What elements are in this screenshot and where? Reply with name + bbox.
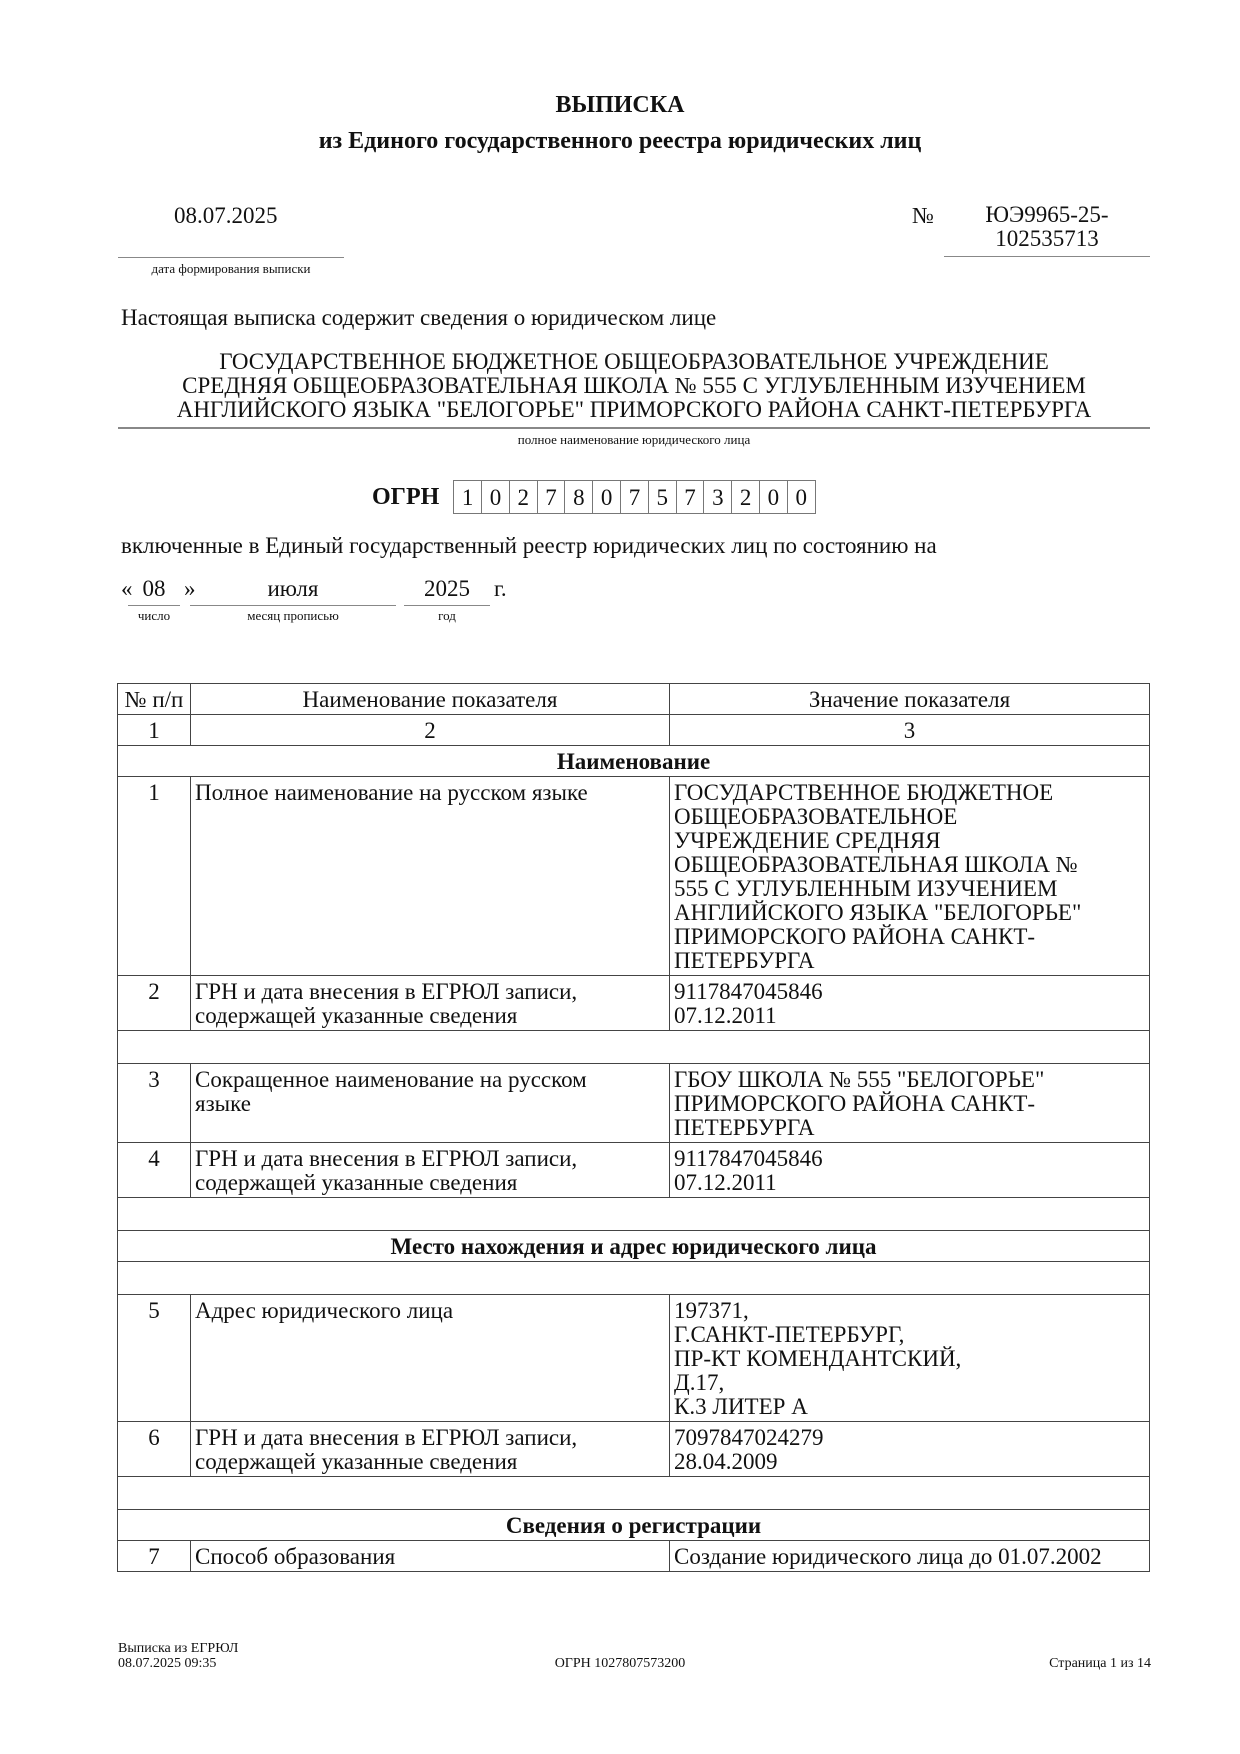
table-spacer-row — [118, 1477, 1150, 1510]
row-number: 2 — [118, 976, 191, 1031]
colnum-cell: 2 — [191, 715, 670, 746]
table-row: 1Полное наименование на русском языкеГОС… — [118, 777, 1150, 976]
extract-number-line: ЮЭ9965-25- — [944, 203, 1150, 227]
indicator-name: Адрес юридического лица — [191, 1295, 670, 1422]
ogrn-digit-box: 2 — [732, 481, 760, 513]
footer-page-number: Страница 1 из 14 — [1049, 1656, 1151, 1671]
indicator-value-line: 07.12.2011 — [674, 1171, 1145, 1195]
indicator-value: 197371,Г.САНКТ-ПЕТЕРБУРГ,ПР-КТ КОМЕНДАНТ… — [670, 1295, 1150, 1422]
indicator-name-line: содержащей указанные сведения — [195, 1171, 665, 1195]
day-underline — [128, 605, 180, 606]
spacer-cell — [118, 1477, 1150, 1510]
table-row: 6ГРН и дата внесения в ЕГРЮЛ записи,соде… — [118, 1422, 1150, 1477]
indicator-name-line: Сокращенное наименование на русском — [195, 1068, 665, 1092]
indicator-name-line: Адрес юридического лица — [195, 1299, 665, 1323]
indicator-name-line: ГРН и дата внесения в ЕГРЮЛ записи, — [195, 980, 665, 1004]
indicator-value-line: К.3 ЛИТЕР А — [674, 1395, 1145, 1419]
ogrn-digit-box: 3 — [704, 481, 732, 513]
ogrn-digit-boxes: 1027807573200 — [453, 480, 815, 514]
extract-date-underline — [118, 257, 344, 258]
spacer-cell — [118, 1262, 1150, 1295]
table-section-row: Место нахождения и адрес юридического ли… — [118, 1231, 1150, 1262]
indicator-name: ГРН и дата внесения в ЕГРЮЛ записи,содер… — [191, 976, 670, 1031]
entity-name-underline — [118, 427, 1150, 429]
section-title: Место нахождения и адрес юридического ли… — [118, 1231, 1150, 1262]
indicator-value-line: 197371, — [674, 1299, 1145, 1323]
ogrn-digit-box: 2 — [510, 481, 538, 513]
section-title: Сведения о регистрации — [118, 1510, 1150, 1541]
indicator-value-line: ПЕТЕРБУРГА — [674, 1116, 1145, 1140]
indicator-name: ГРН и дата внесения в ЕГРЮЛ записи,содер… — [191, 1422, 670, 1477]
indicator-name-line: содержащей указанные сведения — [195, 1004, 665, 1028]
row-number: 3 — [118, 1064, 191, 1143]
table-spacer-row — [118, 1198, 1150, 1231]
indicator-value-line: ГБОУ ШКОЛА № 555 "БЕЛОГОРЬЕ" — [674, 1068, 1145, 1092]
table-row: 2ГРН и дата внесения в ЕГРЮЛ записи,соде… — [118, 976, 1150, 1031]
table-row: 7Способ образованияСоздание юридического… — [118, 1541, 1150, 1572]
indicator-name-line: языке — [195, 1092, 665, 1116]
indicator-name-line: Способ образования — [195, 1545, 665, 1569]
state-year: 2025 — [404, 576, 490, 602]
extract-date-caption: дата формирования выписки — [118, 261, 344, 277]
entity-name-line: АНГЛИЙСКОГО ЯЗЫКА "БЕЛОГОРЬЕ" ПРИМОРСКОГ… — [118, 398, 1150, 422]
indicator-value-line: 07.12.2011 — [674, 1004, 1145, 1028]
ogrn-digit-box: 0 — [788, 481, 815, 513]
extract-number-line: 102535713 — [944, 227, 1150, 251]
entity-name-line: ГОСУДАРСТВЕННОЕ БЮДЖЕТНОЕ ОБЩЕОБРАЗОВАТЕ… — [118, 350, 1150, 374]
indicator-value: 709784702427928.04.2009 — [670, 1422, 1150, 1477]
egrul-data-table: № п/п Наименование показателя Значение п… — [117, 683, 1150, 1572]
indicator-value-line: УЧРЕЖДЕНИЕ СРЕДНЯЯ — [674, 829, 1145, 853]
indicator-value: 911784704584607.12.2011 — [670, 976, 1150, 1031]
year-caption: год — [404, 608, 490, 624]
ogrn-digit-box: 1 — [454, 481, 482, 513]
table-row: 5Адрес юридического лица197371,Г.САНКТ-П… — [118, 1295, 1150, 1422]
state-day: 08 — [128, 576, 180, 602]
indicator-value-line: 9117847045846 — [674, 1147, 1145, 1171]
table-header-row: № п/п Наименование показателя Значение п… — [118, 684, 1150, 715]
row-number: 7 — [118, 1541, 191, 1572]
indicator-value-line: 7097847024279 — [674, 1426, 1145, 1450]
row-number: 4 — [118, 1143, 191, 1198]
intro-text: Настоящая выписка содержит сведения о юр… — [121, 305, 716, 331]
day-caption: число — [118, 608, 190, 624]
ogrn-digit-box: 0 — [482, 481, 510, 513]
ogrn-digit-box: 7 — [621, 481, 649, 513]
extract-number: ЮЭ9965-25- 102535713 — [944, 203, 1150, 251]
document-title: ВЫПИСКА — [0, 92, 1240, 119]
spacer-cell — [118, 1031, 1150, 1064]
footer-doc-name: Выписка из ЕГРЮЛ — [118, 1641, 238, 1656]
indicator-value-line: ОБЩЕОБРАЗОВАТЕЛЬНАЯ ШКОЛА № — [674, 853, 1145, 877]
table-row: 4ГРН и дата внесения в ЕГРЮЛ записи,соде… — [118, 1143, 1150, 1198]
row-number: 5 — [118, 1295, 191, 1422]
entity-name-line: СРЕДНЯЯ ОБЩЕОБРАЗОВАТЕЛЬНАЯ ШКОЛА № 555 … — [118, 374, 1150, 398]
indicator-name-line: ГРН и дата внесения в ЕГРЮЛ записи, — [195, 1426, 665, 1450]
indicator-name: Способ образования — [191, 1541, 670, 1572]
indicator-name-line: содержащей указанные сведения — [195, 1450, 665, 1474]
document-subtitle: из Единого государственного реестра юрид… — [0, 128, 1240, 155]
extract-number-underline — [944, 256, 1150, 257]
indicator-value-line: 9117847045846 — [674, 980, 1145, 1004]
indicator-value-line: 555 С УГЛУБЛЕННЫМ ИЗУЧЕНИЕМ — [674, 877, 1145, 901]
year-underline — [404, 605, 490, 606]
included-text: включенные в Единый государственный реес… — [121, 533, 937, 559]
indicator-value-line: АНГЛИЙСКОГО ЯЗЫКА "БЕЛОГОРЬЕ" — [674, 901, 1145, 925]
header-cell-num: № п/п — [118, 684, 191, 715]
indicator-value-line: Создание юридического лица до 01.07.2002 — [674, 1545, 1145, 1569]
month-underline — [190, 605, 396, 606]
header-cell-name: Наименование показателя — [191, 684, 670, 715]
indicator-value-line: Г.САНКТ-ПЕТЕРБУРГ, — [674, 1323, 1145, 1347]
indicator-value: ГОСУДАРСТВЕННОЕ БЮДЖЕТНОЕОБЩЕОБРАЗОВАТЕЛ… — [670, 777, 1150, 976]
indicator-value-line: Д.17, — [674, 1371, 1145, 1395]
header-cell-value: Значение показателя — [670, 684, 1150, 715]
indicator-name: Сокращенное наименование на русскомязыке — [191, 1064, 670, 1143]
indicator-value-line: ПР-КТ КОМЕНДАНТСКИЙ, — [674, 1347, 1145, 1371]
ogrn-digit-box: 5 — [649, 481, 677, 513]
state-year-suffix: г. — [494, 576, 507, 602]
table-colnum-row: 1 2 3 — [118, 715, 1150, 746]
entity-full-name: ГОСУДАРСТВЕННОЕ БЮДЖЕТНОЕ ОБЩЕОБРАЗОВАТЕ… — [118, 350, 1150, 422]
indicator-value: ГБОУ ШКОЛА № 555 "БЕЛОГОРЬЕ"ПРИМОРСКОГО … — [670, 1064, 1150, 1143]
month-caption: месяц прописью — [190, 608, 396, 624]
ogrn-digit-box: 7 — [538, 481, 566, 513]
colnum-cell: 3 — [670, 715, 1150, 746]
extract-number-sign: № — [912, 203, 934, 229]
ogrn-digit-box: 0 — [593, 481, 621, 513]
table-spacer-row — [118, 1031, 1150, 1064]
indicator-name-line: Полное наименование на русском языке — [195, 781, 665, 805]
indicator-name: Полное наименование на русском языке — [191, 777, 670, 976]
table-spacer-row — [118, 1262, 1150, 1295]
state-month: июля — [190, 576, 396, 602]
row-number: 1 — [118, 777, 191, 976]
section-title: Наименование — [118, 746, 1150, 777]
indicator-name: ГРН и дата внесения в ЕГРЮЛ записи,содер… — [191, 1143, 670, 1198]
indicator-value-line: ПРИМОРСКОГО РАЙОНА САНКТ- — [674, 1092, 1145, 1116]
indicator-value: 911784704584607.12.2011 — [670, 1143, 1150, 1198]
ogrn-block: ОГРН 1027807573200 — [372, 480, 816, 514]
ogrn-digit-box: 7 — [677, 481, 705, 513]
indicator-value-line: ГОСУДАРСТВЕННОЕ БЮДЖЕТНОЕ — [674, 781, 1145, 805]
entity-name-caption: полное наименование юридического лица — [118, 432, 1150, 448]
indicator-name-line: ГРН и дата внесения в ЕГРЮЛ записи, — [195, 1147, 665, 1171]
spacer-cell — [118, 1198, 1150, 1231]
colnum-cell: 1 — [118, 715, 191, 746]
table-row: 3Сокращенное наименование на русскомязык… — [118, 1064, 1150, 1143]
indicator-value-line: ПЕТЕРБУРГА — [674, 949, 1145, 973]
table-section-row: Наименование — [118, 746, 1150, 777]
indicator-value-line: ПРИМОРСКОГО РАЙОНА САНКТ- — [674, 925, 1145, 949]
row-number: 6 — [118, 1422, 191, 1477]
ogrn-label: ОГРН — [372, 484, 439, 511]
indicator-value-line: ОБЩЕОБРАЗОВАТЕЛЬНОЕ — [674, 805, 1145, 829]
table-section-row: Сведения о регистрации — [118, 1510, 1150, 1541]
indicator-value: Создание юридического лица до 01.07.2002 — [670, 1541, 1150, 1572]
ogrn-digit-box: 0 — [760, 481, 788, 513]
indicator-value-line: 28.04.2009 — [674, 1450, 1145, 1474]
extract-date: 08.07.2025 — [174, 203, 278, 229]
ogrn-digit-box: 8 — [565, 481, 593, 513]
